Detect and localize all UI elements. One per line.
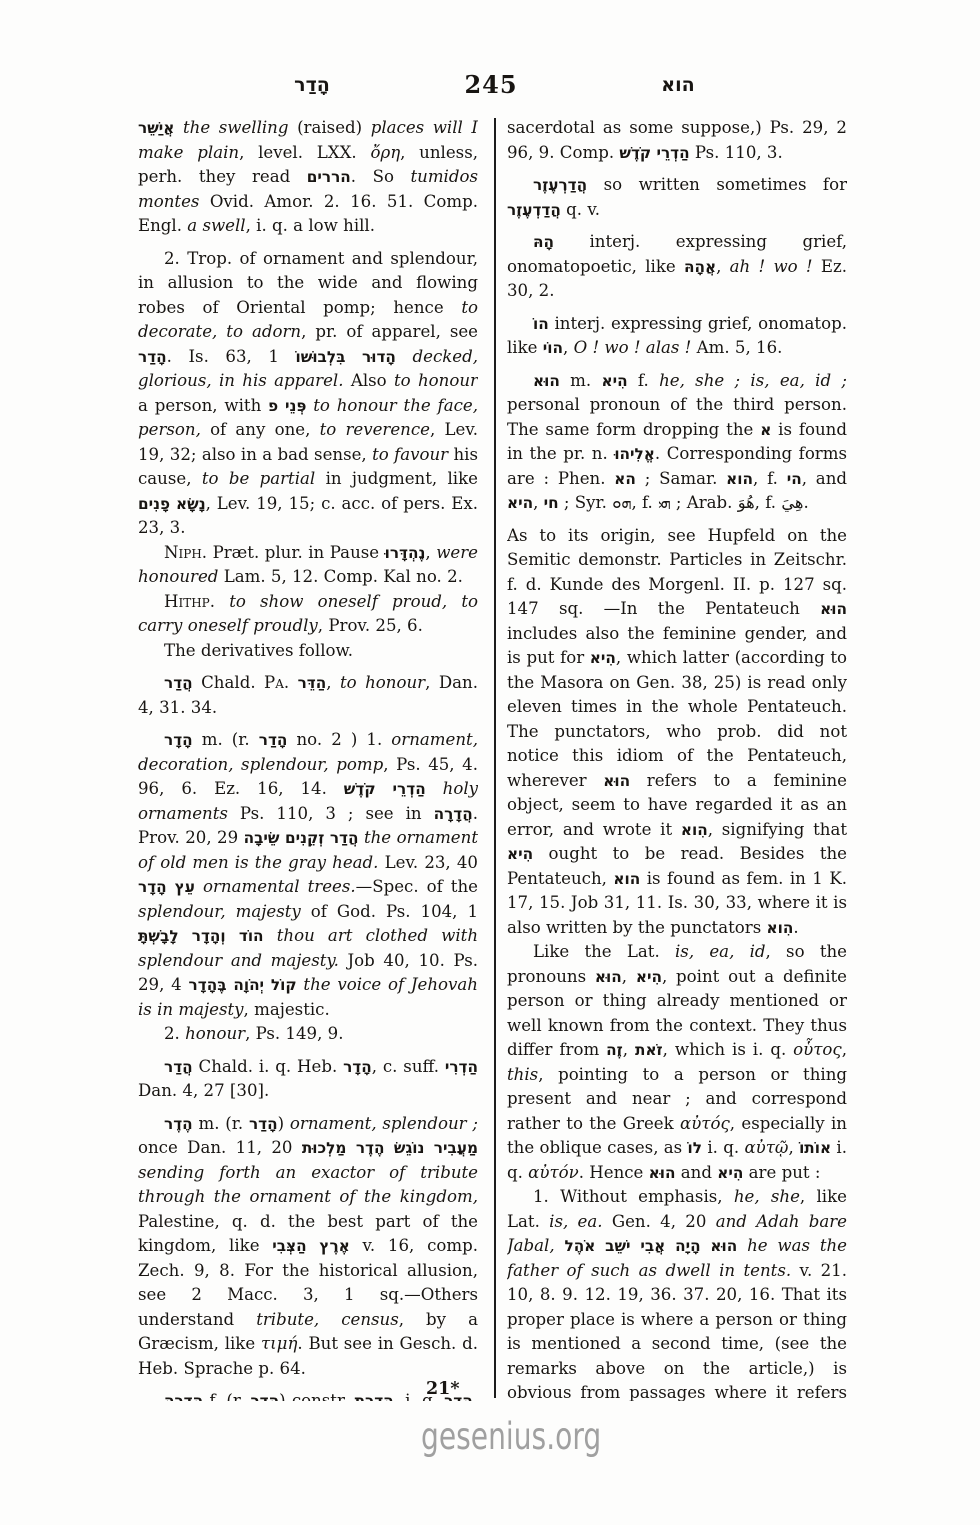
italic-text: a swell	[187, 216, 245, 235]
lexicon-page: הָדַר 245 הוא אֲיַשֵּׁר the swelling (ra…	[0, 0, 980, 1525]
body-text: Lam. 5, 12. Comp. Kal no. 2.	[218, 567, 462, 586]
body-text: in judgment, like	[315, 469, 478, 488]
body-text: ; Arab.	[671, 493, 738, 512]
hebrew-text: הָהּ	[533, 233, 554, 251]
smallcaps-text: Niph.	[164, 543, 207, 562]
body-text: —Spec. of the	[356, 877, 478, 896]
body-text: ,	[842, 1040, 847, 1059]
body-text: q. v.	[561, 200, 600, 219]
hebrew-text: אוֹתוֹ	[799, 1139, 831, 1157]
hebrew-text: הררים	[307, 168, 351, 186]
body-text: . So	[351, 167, 411, 186]
hu-without-emphasis: 1. Without emphasis, he, she, like Lat. …	[507, 1185, 847, 1401]
hebrew-text: לוֹ	[688, 1139, 702, 1157]
hu-origin-note: As to its origin, see Hupfeld on the Sem…	[507, 524, 847, 941]
hadar-verb-continuation: אֲיַשֵּׁר the swelling (raised) places w…	[138, 116, 478, 239]
italic-text: is, ea.	[549, 1212, 602, 1231]
body-text: and	[676, 1163, 718, 1182]
body-text	[289, 673, 297, 692]
body-text: a person, with	[138, 396, 268, 415]
hebrew-text: אֲיַשֵּׁר	[138, 119, 174, 137]
hebrew-text: הֲדַדְעֶזֶר	[507, 201, 561, 219]
body-text: Chald.	[193, 673, 264, 692]
hebrew-text: הִיא	[602, 372, 628, 390]
hebrew-text: הֲדָרָה	[434, 805, 473, 823]
syriac-text: ܗܝ	[658, 493, 670, 512]
body-text: of God. Ps. 104, 1	[301, 902, 478, 921]
italic-text: ah ! wo !	[730, 257, 813, 276]
body-text	[195, 877, 203, 896]
hebrew-text: הוּא	[649, 1164, 676, 1182]
italic-text: O ! wo ! alas !	[574, 338, 692, 357]
body-text: , and	[802, 469, 847, 488]
body-text: ,	[533, 493, 544, 512]
body-text: , f.	[755, 493, 782, 512]
body-text: , majestic.	[244, 1000, 330, 1019]
body-text: ,	[563, 338, 574, 357]
hebrew-text: חי	[544, 494, 559, 512]
body-text: Præt. plur. in Pause	[207, 543, 385, 562]
italic-text: to honour	[394, 371, 478, 390]
italic-text: he, she ; is, ea, id ;	[659, 371, 847, 390]
body-text: , Prov. 25, 6.	[318, 616, 423, 635]
smallcaps-text: Pa.	[264, 673, 289, 692]
heder-entry: הֶדֶר m. (r. הָדַר) ornament, splendour …	[138, 1112, 478, 1382]
hebrew-text: אֱלִיהוּ	[614, 445, 655, 463]
hebrew-text: הַדְרַת	[355, 1392, 394, 1401]
italic-text: tribute, census	[256, 1310, 399, 1329]
body-text	[215, 592, 229, 611]
hu-pronoun-entry: הוּא m. הִיא f. he, she ; is, ea, id ; p…	[507, 369, 847, 516]
body-text: m. (r.	[193, 730, 259, 749]
italic-text: is, ea, id	[675, 942, 766, 961]
running-head: הָדַר 245 הוא	[0, 70, 980, 104]
italic-text: ornamental trees.	[203, 877, 356, 896]
hebrew-text: הי	[787, 470, 802, 488]
body-text: ,	[716, 257, 730, 276]
body-text: f. (r.	[203, 1391, 250, 1401]
running-head-left-keyword: הָדַר	[294, 74, 330, 96]
body-text: ,	[473, 1391, 478, 1401]
hebrew-text: הא	[614, 470, 636, 488]
italic-text: he, she	[734, 1187, 800, 1206]
body-text: . Hence	[579, 1163, 649, 1182]
italic-text: sending forth an exactor of tribute thro…	[138, 1163, 478, 1207]
hebrew-text: זֹאת	[635, 1041, 663, 1059]
hebrew-text: הוּא	[603, 772, 630, 790]
body-text: , signifying that	[708, 820, 847, 839]
italic-text: splendour, majesty	[138, 902, 301, 921]
hadar-verb-sense2: 2. Trop. of ornament and splendour, in a…	[138, 247, 478, 541]
hadar-noun-sense2: 2. honour, Ps. 149, 9.	[138, 1022, 478, 1047]
hebrew-text: הֲדַר זְקֵנִים שֵׂיבָה	[244, 829, 359, 847]
hebrew-text: הוא	[726, 470, 753, 488]
body-text	[555, 1236, 565, 1255]
body-text	[426, 779, 443, 798]
body-text: Like the Lat.	[533, 942, 675, 961]
body-text: As to its origin, see Hupfeld on the Sem…	[507, 526, 847, 619]
body-text: ,	[326, 673, 340, 692]
greek-text: αὐτός	[680, 1114, 730, 1133]
body-text: Am. 5, 16.	[691, 338, 782, 357]
hebrew-text: הוּא	[595, 968, 622, 986]
arabic-text: هِيَ	[781, 493, 803, 512]
body-text: , level. LXX.	[239, 143, 370, 162]
body-text: no. 2 ) 1.	[287, 730, 391, 749]
hebrew-text: הִוא	[681, 821, 708, 839]
body-text: ; Samar.	[636, 469, 726, 488]
hebrew-text: הֲדַר	[164, 674, 193, 692]
body-text: 1. Without emphasis,	[533, 1187, 734, 1206]
arabic-text: هُوَ	[738, 493, 755, 512]
ho-interjection-entry: הוֹ interj. expressing grief, onomatop. …	[507, 312, 847, 361]
body-text: .	[803, 493, 808, 512]
hebrew-text: הוֹ	[533, 315, 549, 333]
body-text: . Is. 63, 1	[167, 347, 296, 366]
hebrew-text: הָדָר	[343, 1058, 372, 1076]
column-divider	[494, 118, 496, 1398]
body-text: ,	[425, 543, 436, 562]
hebrew-text: אֲהָהּ	[684, 258, 716, 276]
hadar-noun-entry: הָדָר m. (r. הָדַר no. 2 ) 1. ornament, …	[138, 728, 478, 1022]
body-text: , f.	[631, 493, 658, 512]
body-text: , pr. of apparel, see	[301, 322, 478, 341]
hebrew-text: עֵץ הָדָר	[138, 878, 195, 896]
smallcaps-text: Hithp.	[164, 592, 215, 611]
hebrew-text: הַדְרֵי קֹדֶשׁ	[344, 780, 426, 798]
body-text: , Ps. 149, 9.	[245, 1024, 343, 1043]
hebrew-text: פְּנֵי פ	[268, 397, 306, 415]
hebrew-text: הִיא	[717, 1164, 743, 1182]
body-text: ,	[788, 1138, 799, 1157]
body-text: ,	[622, 967, 636, 986]
hebrew-text: הִיא	[507, 845, 533, 863]
hebrew-text: הִוא	[767, 919, 794, 937]
greek-text: τιμή	[261, 1334, 297, 1353]
body-text: , which is i. q.	[663, 1040, 794, 1059]
hebrew-text: הָדוּר בִּלְבוּשׁוֹ	[296, 348, 396, 366]
body-text: .	[793, 918, 798, 937]
hebrew-text: הַדֵּר	[298, 674, 327, 692]
italic-text: the swelling	[183, 118, 289, 137]
hebrew-text: אֶרֶץ הַצְּבִי	[272, 1237, 349, 1255]
body-text: , which latter (according to the Masora …	[507, 648, 847, 790]
hebrew-text: א	[760, 421, 771, 439]
left-column: אֲיַשֵּׁר the swelling (raised) places w…	[138, 116, 478, 1401]
syriac-text: ܗܘ	[612, 493, 631, 512]
hebrew-text: הֲדַרְעֶזֶר	[533, 176, 587, 194]
greek-text: αὐτῷ	[744, 1138, 788, 1157]
body-text: 2.	[164, 1024, 185, 1043]
hebrew-text: הַדְרֵי קֹדֶשׁ	[619, 144, 689, 162]
body-text: Chald. i. q. Heb.	[193, 1057, 343, 1076]
hebrew-text: נָשָׂא פָנִים	[138, 495, 206, 513]
body-text: , c. suff.	[372, 1057, 445, 1076]
hadar-chaldee-verb-entry: הֲדַר Chald. Pa. הַדֵּר, to honour, Dan.…	[138, 671, 478, 720]
hebrew-text: הַדְרִי	[445, 1058, 478, 1076]
body-text: i. q.	[702, 1138, 744, 1157]
body-text: m. (r.	[193, 1114, 249, 1133]
right-column: sacerdotal as some suppose,) Ps. 29, 2 9…	[507, 116, 847, 1401]
hebrew-text: היא	[507, 494, 533, 512]
hebrew-text: הָדַר	[249, 1115, 278, 1133]
body-text	[264, 926, 277, 945]
hebrew-text: הָדַר	[259, 731, 288, 749]
body-text: once Dan. 11, 20	[138, 1138, 302, 1157]
body-text: Dan. 4, 27 [30].	[138, 1081, 269, 1100]
hebrew-text: הָדָר	[164, 731, 193, 749]
body-text: are put :	[743, 1163, 820, 1182]
hadar-hithpael: Hithp. to show oneself proud, to carry o…	[138, 590, 478, 639]
body-text: v. 21. 10, 8. 9. 12. 19, 36. 37. 20, 16.…	[507, 1261, 847, 1402]
body-text: (raised)	[289, 118, 371, 137]
body-text: so written sometimes for	[587, 175, 847, 194]
page-number: 245	[464, 70, 517, 99]
italic-text: honour	[185, 1024, 245, 1043]
body-text: of any one,	[201, 420, 320, 439]
signature-mark: 21*	[426, 1379, 460, 1399]
italic-text: to honour	[340, 673, 425, 692]
body-text: f.	[628, 371, 659, 390]
hebrew-text: הֲדַר	[164, 1058, 193, 1076]
italic-text: to be partial	[202, 469, 315, 488]
hadar-chaldee-noun-entry: הֲדַר Chald. i. q. Heb. הָדָר, c. suff. …	[138, 1055, 478, 1104]
hah-interjection-entry: הָהּ interj. expressing grief, onomatopo…	[507, 230, 847, 304]
greek-text: ὄρη	[370, 143, 400, 162]
body-text	[737, 1236, 747, 1255]
body-text: Gen. 4, 20	[603, 1212, 716, 1231]
hebrew-text: הוּא	[533, 372, 560, 390]
hebrew-text: הֶדֶר	[164, 1115, 193, 1133]
hu-usage-note: Like the Lat. is, ea, id, so the pronoun…	[507, 940, 847, 1185]
hebrew-text: קוֹל יְהֹוָה בֶּהָדָר	[189, 976, 297, 994]
greek-text: αὐτόν	[528, 1163, 579, 1182]
derivatives-note: The derivatives follow.	[138, 639, 478, 664]
hebrew-text: הוֹי	[543, 339, 563, 357]
italic-text: to favour	[372, 445, 448, 464]
hadrei-kodesh-continuation: sacerdotal as some suppose,) Ps. 29, 2 9…	[507, 116, 847, 165]
italic-text: this	[507, 1065, 538, 1084]
body-text: 2. Trop. of ornament and splendour, in a…	[138, 249, 478, 317]
body-text	[174, 118, 183, 137]
body-text: ,	[623, 1040, 635, 1059]
body-text: Ps. 110, 3.	[690, 143, 783, 162]
italic-text: to reverence	[320, 420, 430, 439]
body-text: m.	[560, 371, 602, 390]
hebrew-text: זֶה	[606, 1041, 623, 1059]
body-text: ; Syr.	[559, 493, 613, 512]
running-head-right-keyword: הוא	[661, 74, 694, 96]
body-text: Ps. 110, 3 ; see in	[228, 804, 434, 823]
hebrew-text: הָדַר	[250, 1392, 279, 1401]
body-text	[396, 347, 413, 366]
body-text: ) constr.	[279, 1391, 354, 1401]
body-text: Also	[344, 371, 394, 390]
hebrew-text: הוא	[613, 870, 640, 888]
greek-text: οὗτος	[793, 1040, 842, 1059]
italic-text: ornament, splendour ;	[290, 1114, 478, 1133]
hebrew-text: הוּא	[820, 600, 847, 618]
watermark: gesenius.org	[421, 1415, 601, 1458]
hadarezer-entry: הֲדַרְעֶזֶר so written sometimes for הֲד…	[507, 173, 847, 222]
body-text: )	[278, 1114, 290, 1133]
text-block: אֲיַשֵּׁר the swelling (raised) places w…	[138, 116, 847, 1401]
hebrew-text: הִיא	[590, 649, 616, 667]
hadar-niphal: Niph. Præt. plur. in Pause נֶהְדָּרוּ, w…	[138, 541, 478, 590]
hebrew-text: הִיא	[636, 968, 662, 986]
hebrew-text: הֲדָרָה	[164, 1392, 203, 1401]
body-text: , f.	[753, 469, 787, 488]
body-text: Lev. 23, 40	[378, 853, 478, 872]
body-text: The derivatives follow.	[164, 641, 353, 660]
hebrew-text: נֶהְדָּרוּ	[385, 544, 426, 562]
hebrew-text: מַעֲבִיר נוֹגֵשׂ הֶדֶר מַלְכוּת	[302, 1139, 478, 1157]
hebrew-text: הוֹד וְהָדָר לָבָשְׁתָּ	[138, 927, 264, 945]
hebrew-text: הָדַר	[138, 348, 167, 366]
body-text: , i. q. a low hill.	[246, 216, 375, 235]
hebrew-text: הוּא הָיָה אֲבִי ישֵׁב אֹהֶל	[564, 1237, 737, 1255]
